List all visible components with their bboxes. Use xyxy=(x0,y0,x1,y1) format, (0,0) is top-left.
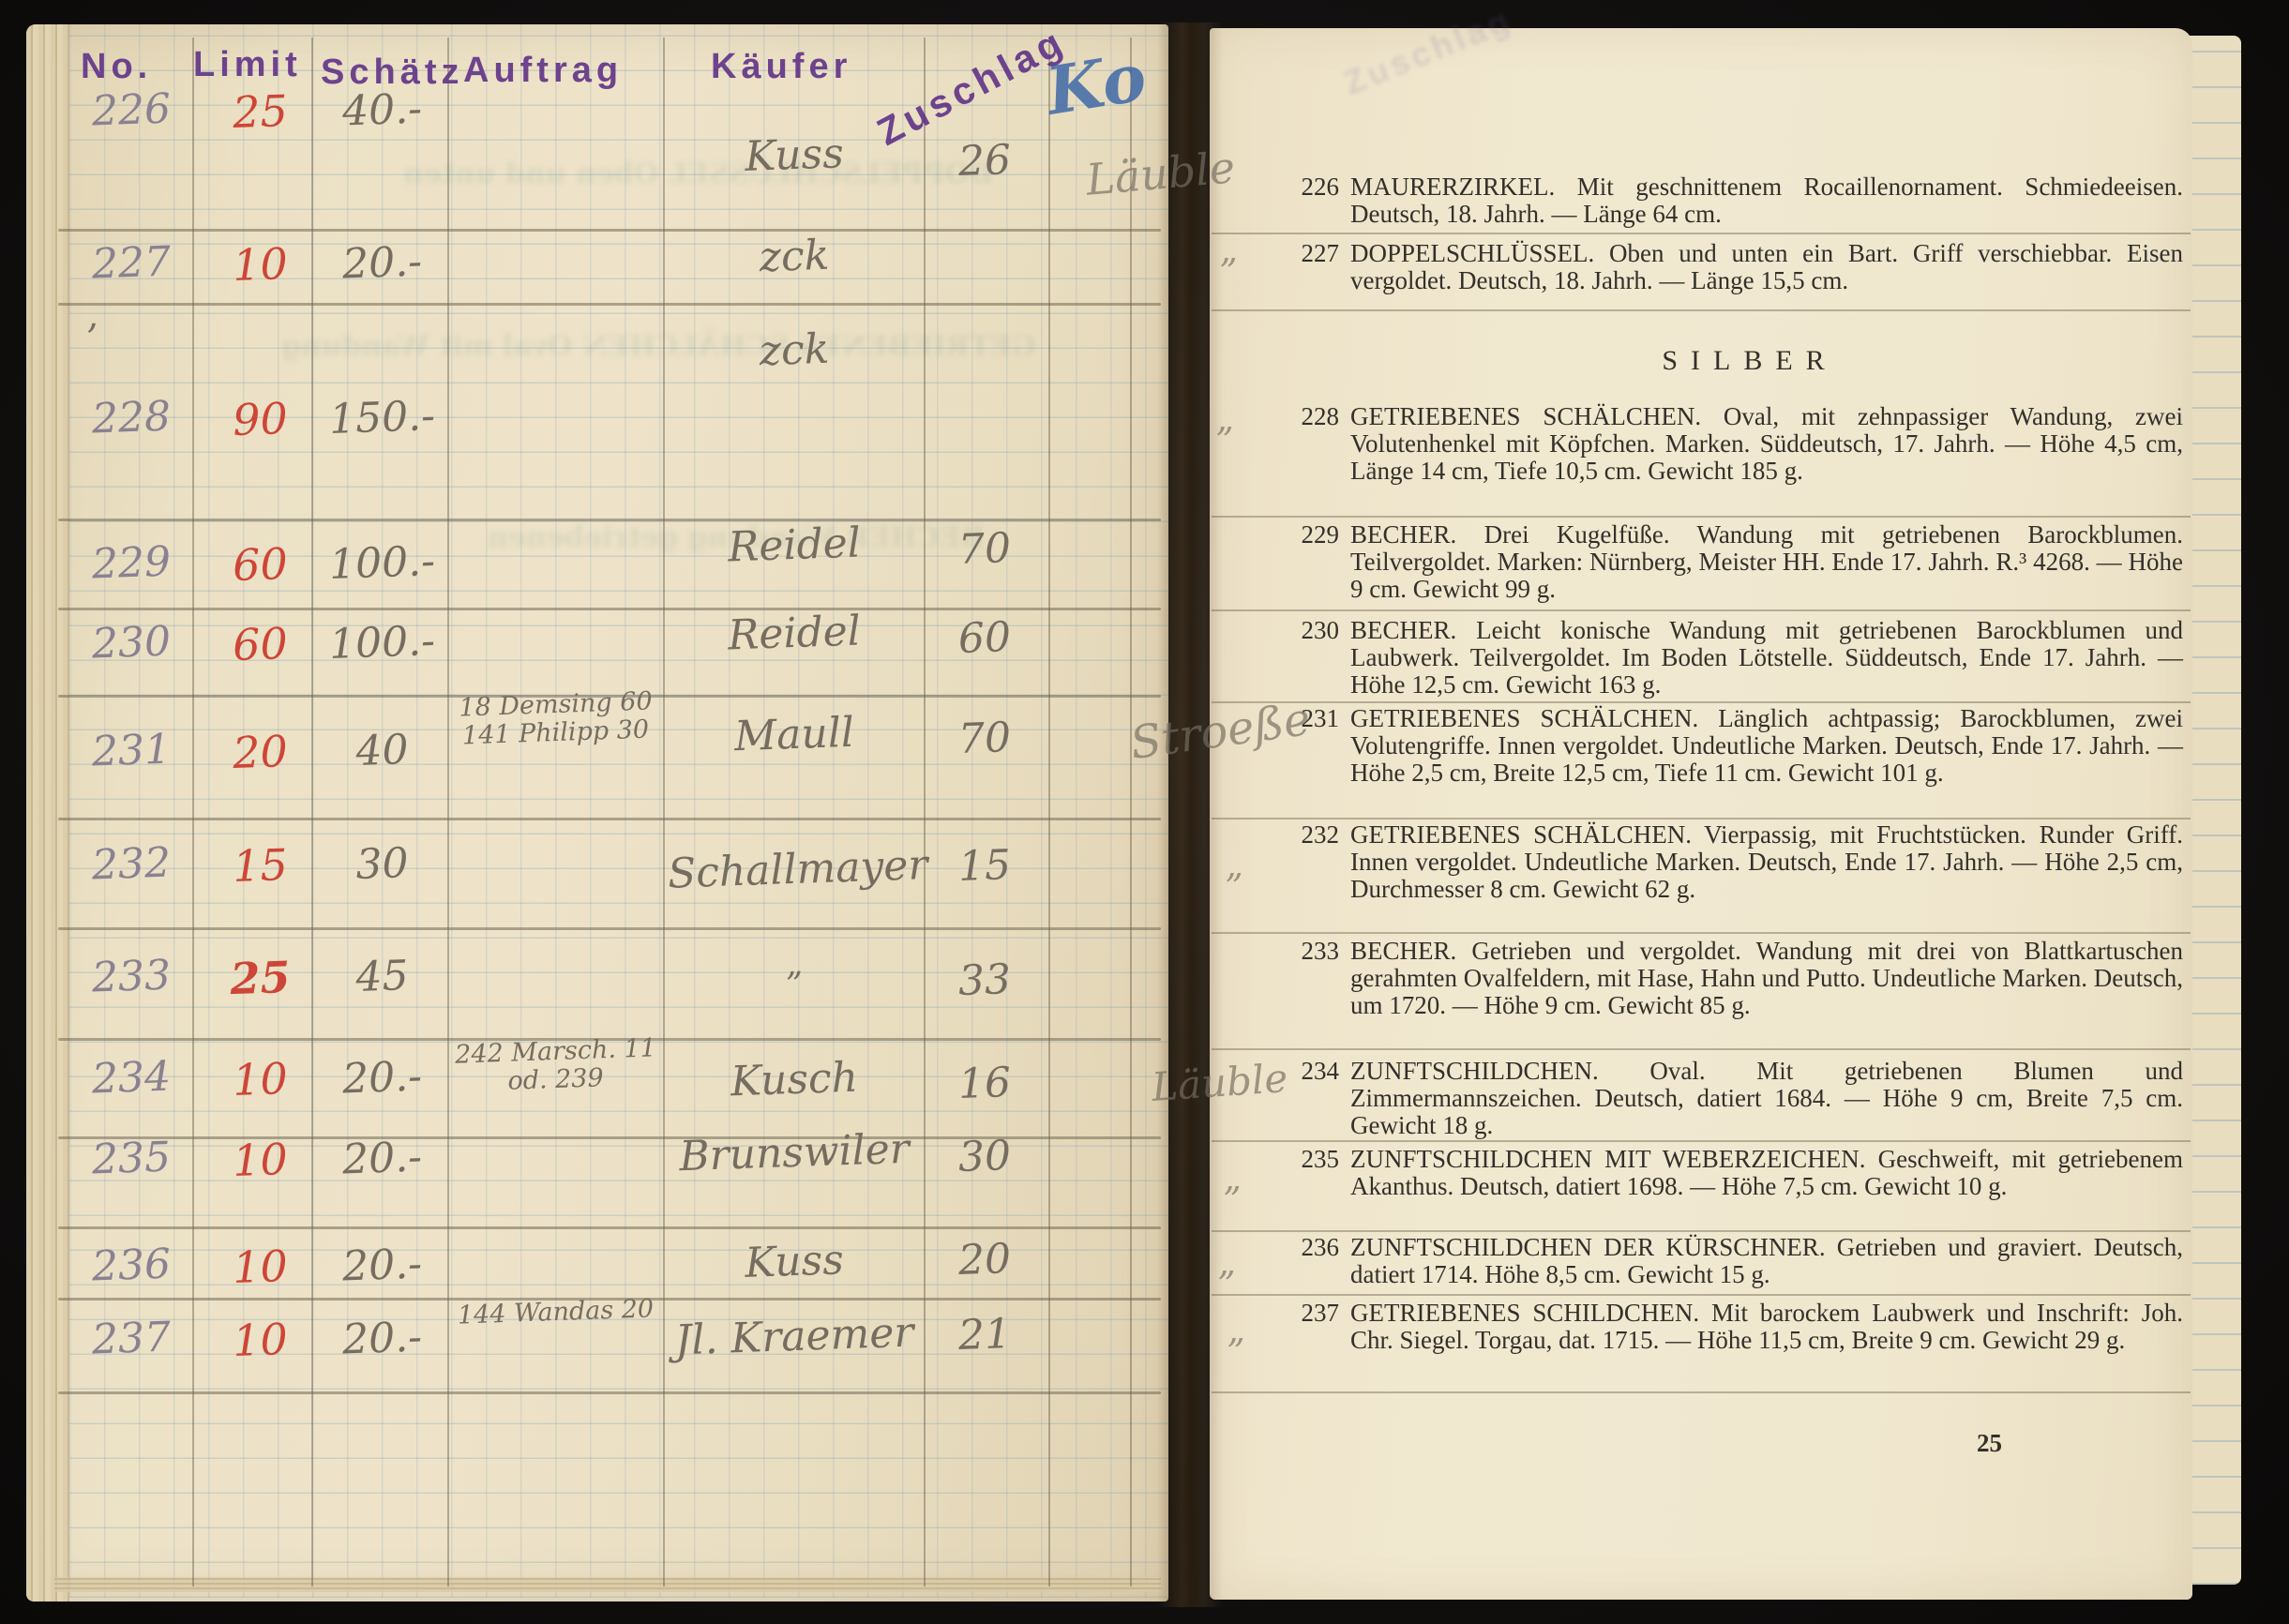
catalog-entry-number: 235 xyxy=(1290,1146,1339,1200)
ledger-cell-kaeufer: Schallmayer xyxy=(667,841,922,897)
ledger-row-separator xyxy=(58,1226,1161,1229)
ledger-cell-no: 229 xyxy=(74,537,188,589)
ledger-cell-zuschlag: 70 xyxy=(932,523,1037,575)
ledger-cell-schaetz: 40.- xyxy=(318,84,446,137)
ledger-cell-no: 231 xyxy=(74,725,188,776)
catalog-entry: 234ZUNFTSCHILDCHEN. Oval. Mit getriebene… xyxy=(1290,1058,2183,1139)
catalog-entry: 226MAURERZIRKEL. Mit geschnittenem Rocai… xyxy=(1290,173,2183,228)
column-header-auftrag: Auftrag xyxy=(463,51,623,91)
ledger-cell-schaetz: 30 xyxy=(318,838,446,891)
catalog-entry: 229BECHER. Drei Kugelfüße. Wandung mit g… xyxy=(1290,521,2183,603)
ledger-cell-limit: 10 xyxy=(210,1240,310,1294)
ledger-row-separator xyxy=(58,927,1161,930)
catalog-entry: 236ZUNFTSCHILDCHEN DER KÜRSCHNER. Getrie… xyxy=(1290,1234,2183,1288)
blue-pencil-corner-note: Ko xyxy=(1041,38,1152,130)
catalog-entry-text: GETRIEBENES SCHÄLCHEN. Vierpassig, mit F… xyxy=(1350,821,2183,903)
catalog-entry: 233BECHER. Getrieben und vergoldet. Wand… xyxy=(1290,938,2183,1019)
ledger-cell-schaetz: 20.- xyxy=(318,1313,446,1365)
blank-row-tick: ’ xyxy=(85,317,98,360)
ledger-cell-zuschlag: 15 xyxy=(932,840,1037,892)
ink-bleed-through: GETRIEBENES SCHÄLCHEN Oval mit Wandung xyxy=(281,330,1036,363)
catalog-entry-number: 232 xyxy=(1290,821,1339,903)
catalog-entry-text: ZUNFTSCHILDCHEN MIT WEBERZEICHEN. Geschw… xyxy=(1350,1146,2183,1200)
book-gutter-shadow xyxy=(1157,23,1223,1607)
ledger-cell-limit: 15 xyxy=(210,838,310,893)
catalog-entry-number: 227 xyxy=(1290,240,1339,294)
catalog-entry-text: MAURERZIRKEL. Mit geschnittenem Rocaille… xyxy=(1350,173,2183,228)
catalog-entry-number: 236 xyxy=(1290,1234,1339,1288)
ledger-cell-kaeufer: zck xyxy=(667,228,922,284)
margin-note-232: ” xyxy=(1225,866,1242,908)
ledger-cell-kaeufer: Reidel xyxy=(667,517,922,573)
ledger-cell-no: 233 xyxy=(74,951,188,1002)
ledger-cell-zuschlag: 21 xyxy=(932,1309,1037,1361)
ledger-column-rule xyxy=(663,38,665,1586)
catalog-entry-separator xyxy=(1212,609,2191,611)
ledger-cell-zuschlag: 26 xyxy=(932,135,1037,187)
catalog-entry-text: BECHER. Getrieben und vergoldet. Wandung… xyxy=(1350,938,2183,1019)
ledger-cell-no: 226 xyxy=(74,84,188,136)
ledger-cell-kaeufer: Reidel xyxy=(667,605,922,661)
ledger-column-rule xyxy=(1130,38,1132,1586)
stacked-page-edges-bottom xyxy=(54,1577,1161,1592)
catalog-entry-separator xyxy=(1212,1048,2191,1050)
ledger-cell-schaetz: 20.- xyxy=(318,1240,446,1292)
catalog-entry-number: 237 xyxy=(1290,1300,1339,1354)
ledger-cell-kaeufer: zck xyxy=(667,322,922,378)
catalog-entry: 235ZUNFTSCHILDCHEN MIT WEBERZEICHEN. Ges… xyxy=(1290,1146,2183,1200)
catalog-entry-separator xyxy=(1212,309,2191,311)
catalog-entry-text: GETRIEBENES SCHÄLCHEN. Länglich achtpass… xyxy=(1350,705,2183,787)
ledger-cell-schaetz: 20.- xyxy=(318,1133,446,1185)
ledger-cell-no: 228 xyxy=(74,392,188,444)
ledger-cell-kaeufer: Maull xyxy=(667,706,922,762)
column-header-limit: Limit xyxy=(193,45,302,85)
scanned-book-spread: No. Limit Schätz Auftrag Käufer Zuschlag… xyxy=(0,0,2289,1624)
ledger-column-rule xyxy=(1048,38,1050,1586)
ledger-cell-schaetz: 20.- xyxy=(318,1052,446,1105)
catalog-entry-separator xyxy=(1212,1391,2191,1393)
page-number: 25 xyxy=(1977,1429,2002,1458)
catalog-entry-text: GETRIEBENES SCHÄLCHEN. Oval, mit zehnpas… xyxy=(1350,403,2183,485)
catalog-entry-separator xyxy=(1212,516,2191,518)
ledger-cell-kaeufer: Brunswiler xyxy=(667,1124,922,1180)
ledger-cell-no: 237 xyxy=(74,1313,188,1364)
catalog-entry-text: BECHER. Drei Kugelfüße. Wandung mit getr… xyxy=(1350,521,2183,603)
catalog-entry: 232GETRIEBENES SCHÄLCHEN. Vierpassig, mi… xyxy=(1290,821,2183,903)
margin-note-236: ” xyxy=(1217,1264,1235,1305)
ledger-page xyxy=(26,24,1168,1601)
ledger-column-rule xyxy=(924,38,926,1586)
ledger-cell-limit: 25 xyxy=(210,951,310,1005)
catalog-entry-number: 229 xyxy=(1290,521,1339,603)
ledger-cell-kaeufer: Kusch xyxy=(667,1051,922,1107)
ledger-cell-zuschlag: 70 xyxy=(932,713,1037,764)
ledger-cell-schaetz: 40 xyxy=(318,725,446,777)
catalog-entry-text: GETRIEBENES SCHILDCHEN. Mit barockem Lau… xyxy=(1350,1300,2183,1354)
ledger-cell-limit: 20 xyxy=(210,725,310,779)
margin-note-228: ” xyxy=(1215,420,1233,461)
catalog-entry-separator xyxy=(1212,1294,2191,1296)
catalog-entry: 230BECHER. Leicht konische Wandung mit g… xyxy=(1290,617,2183,699)
ledger-cell-schaetz: 100.- xyxy=(318,537,446,590)
section-heading-silber: SILBER xyxy=(1347,345,2153,377)
column-header-no: No. xyxy=(81,47,152,87)
ledger-cell-no: 232 xyxy=(74,838,188,890)
ledger-cell-limit: 25 xyxy=(210,84,310,139)
ledger-cell-zuschlag: 20 xyxy=(932,1234,1037,1286)
catalog-entry: 227DOPPELSCHLÜSSEL. Oben und unten ein B… xyxy=(1290,240,2183,294)
ledger-row-separator xyxy=(58,818,1161,820)
ledger-row-separator xyxy=(58,519,1161,521)
ledger-cell-schaetz: 20.- xyxy=(318,237,446,290)
catalog-entry-number: 228 xyxy=(1290,403,1339,485)
catalog-entry-separator xyxy=(1212,233,2191,234)
ledger-cell-zuschlag: 60 xyxy=(932,612,1037,664)
ledger-cell-limit: 10 xyxy=(210,1313,310,1367)
catalog-entry-number: 230 xyxy=(1290,617,1339,699)
catalog-entry-separator xyxy=(1212,1140,2191,1142)
catalog-entry: 228GETRIEBENES SCHÄLCHEN. Oval, mit zehn… xyxy=(1290,403,2183,485)
ledger-cell-no: 236 xyxy=(74,1240,188,1291)
ledger-row-separator xyxy=(58,303,1161,306)
ledger-cell-limit: 60 xyxy=(210,537,310,592)
ledger-column-rule xyxy=(447,38,449,1586)
catalog-entry-number: 226 xyxy=(1290,173,1339,228)
catalog-entry-text: BECHER. Leicht konische Wandung mit getr… xyxy=(1350,617,2183,699)
margin-note-235: ” xyxy=(1223,1180,1241,1221)
ledger-cell-no: 234 xyxy=(74,1052,188,1104)
catalog-entry-number: 234 xyxy=(1290,1058,1339,1139)
ledger-cell-zuschlag: 16 xyxy=(932,1058,1037,1109)
ledger-cell-limit: 10 xyxy=(210,1052,310,1106)
catalog-entry: 237GETRIEBENES SCHILDCHEN. Mit barockem … xyxy=(1290,1300,2183,1354)
ledger-cell-limit: 90 xyxy=(210,392,310,446)
ledger-column-rule xyxy=(311,38,313,1586)
margin-note-237: ” xyxy=(1227,1331,1244,1373)
stacked-page-edges xyxy=(26,24,69,1601)
catalog-entry-text: DOPPELSCHLÜSSEL. Oben und unten ein Bart… xyxy=(1350,240,2183,294)
ledger-cell-zuschlag: 33 xyxy=(932,955,1037,1006)
ledger-cell-no: 230 xyxy=(74,617,188,669)
ledger-cell-schaetz: 100.- xyxy=(318,617,446,669)
catalog-entry-text: ZUNFTSCHILDCHEN. Oval. Mit getriebenen B… xyxy=(1350,1058,2183,1139)
catalog-entry-separator xyxy=(1212,932,2191,934)
catalog-entry-separator xyxy=(1212,818,2191,820)
catalog-entry-separator xyxy=(1212,701,2191,703)
ledger-cell-zuschlag: 30 xyxy=(932,1131,1037,1182)
margin-note-227: ” xyxy=(1219,251,1237,293)
catalog-entry-separator xyxy=(1212,1230,2191,1232)
catalog-entry-number: 233 xyxy=(1290,938,1339,1019)
ledger-row-separator xyxy=(58,1391,1161,1394)
ledger-cell-kaeufer: Kuss xyxy=(667,1233,922,1289)
ledger-row-separator xyxy=(58,608,1161,610)
ledger-row-separator xyxy=(58,229,1161,232)
catalog-entry: 231GETRIEBENES SCHÄLCHEN. Länglich achtp… xyxy=(1290,705,2183,787)
ledger-cell-limit: 10 xyxy=(210,237,310,292)
ledger-cell-schaetz: 150.- xyxy=(318,392,446,444)
ledger-column-rule xyxy=(192,38,194,1586)
ledger-cell-limit: 10 xyxy=(210,1133,310,1187)
ledger-cell-schaetz: 45 xyxy=(318,951,446,1003)
ledger-cell-no: 227 xyxy=(74,237,188,289)
ledger-cell-kaeufer: Jl. Kraemer xyxy=(667,1308,922,1364)
catalog-entry-text: ZUNFTSCHILDCHEN DER KÜRSCHNER. Getrieben… xyxy=(1350,1234,2183,1288)
margin-note-234: Läuble xyxy=(1150,1055,1288,1110)
ledger-cell-no: 235 xyxy=(74,1133,188,1184)
ledger-cell-limit: 60 xyxy=(210,617,310,671)
column-header-kaeufer: Käufer xyxy=(711,47,851,87)
